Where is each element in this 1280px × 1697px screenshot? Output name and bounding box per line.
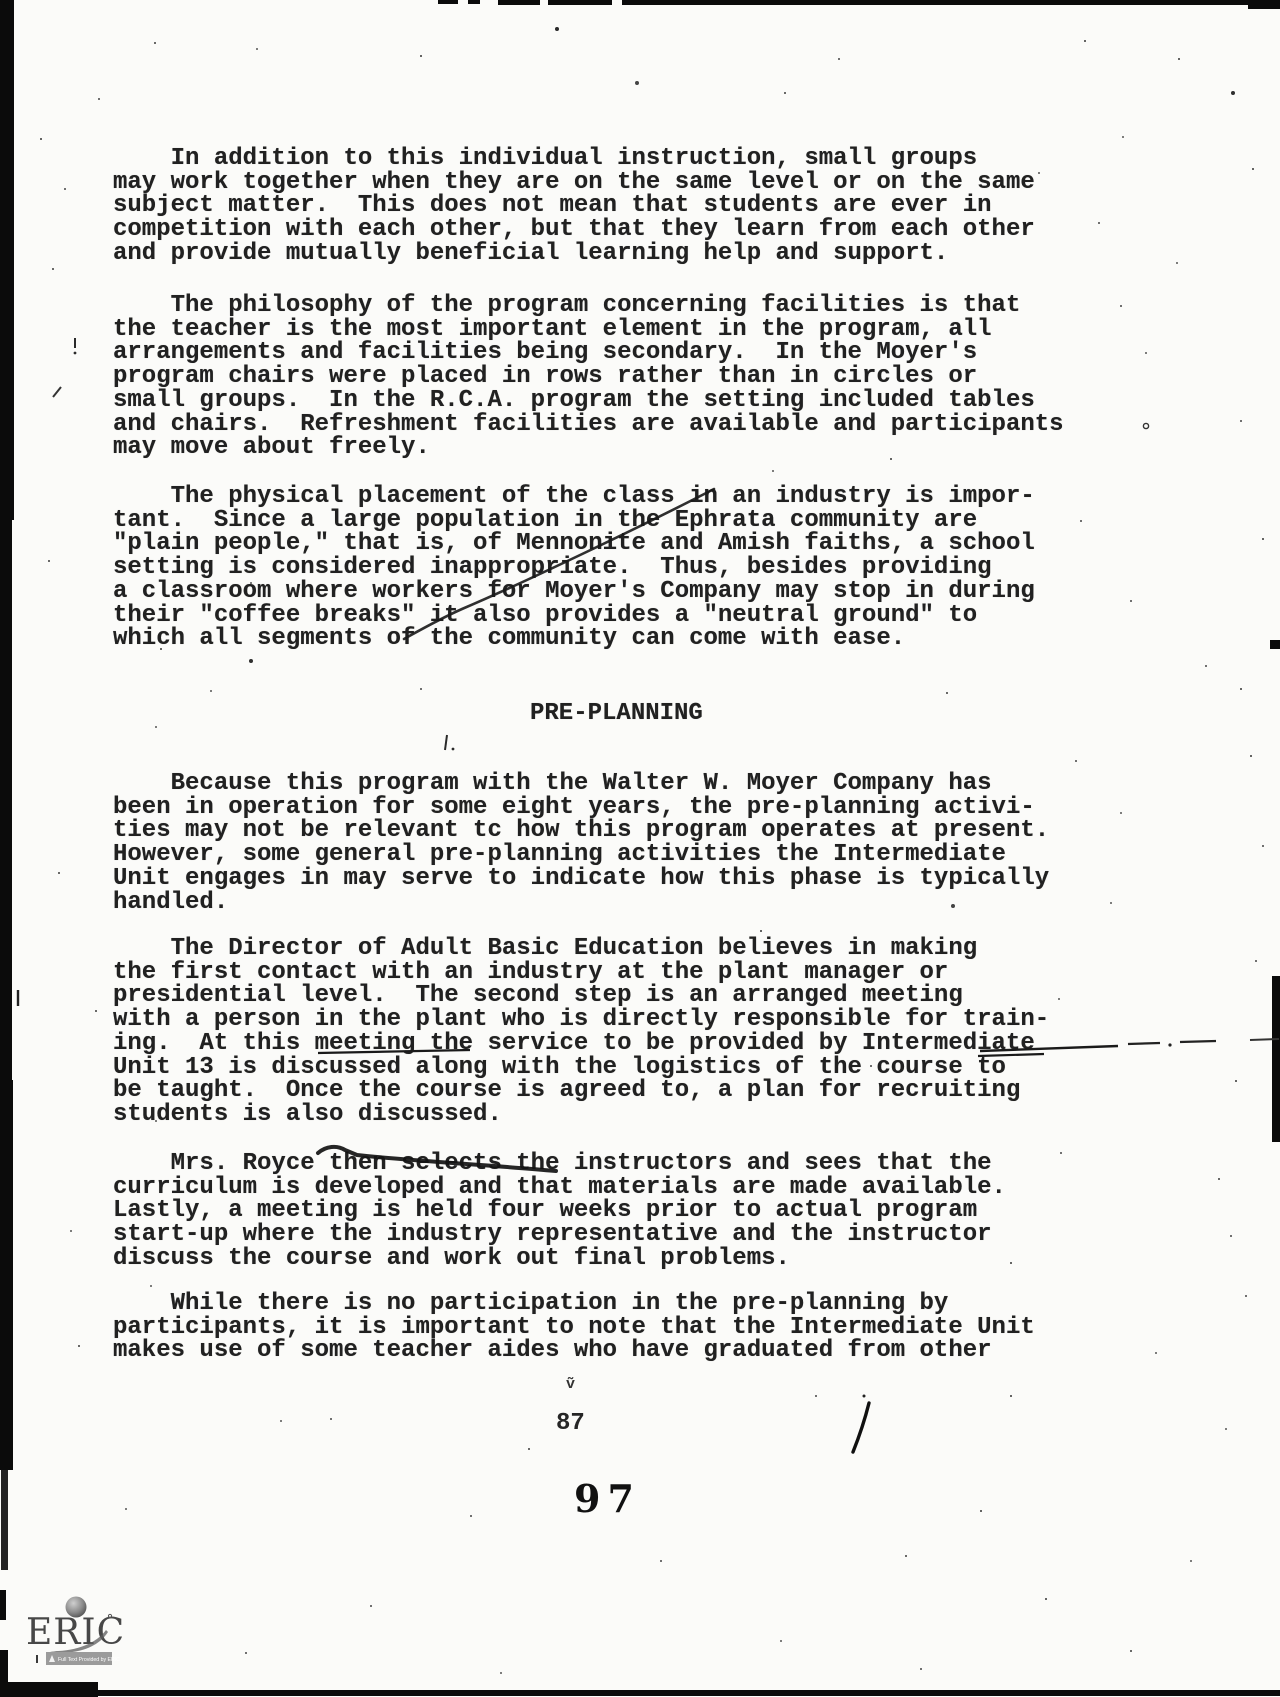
margin-dot-mark bbox=[452, 748, 455, 751]
scan-edge-left-bar bbox=[1, 1470, 8, 1570]
margin-dot-mark bbox=[74, 352, 77, 355]
body-paragraph-4: Because this program with the Walter W. … bbox=[113, 772, 1049, 914]
eric-logo: ERIC Full Text Provided by ERIC bbox=[22, 1592, 142, 1672]
margin-dash-mark bbox=[1128, 1043, 1160, 1044]
scanned-document-page: In addition to this individual instructi… bbox=[0, 0, 1280, 1697]
margin-tick-mark bbox=[445, 735, 447, 750]
scan-edge-top-dash bbox=[548, 0, 612, 5]
scan-edge-top-dash bbox=[468, 0, 480, 4]
body-paragraph-6: Mrs. Royce then selects the instructors … bbox=[113, 1152, 1006, 1271]
printed-page-number: 97 bbox=[574, 1476, 641, 1521]
scan-edge-bottom-line bbox=[50, 1690, 1280, 1696]
scan-edge-right-blob bbox=[1270, 640, 1280, 649]
margin-tick-mark bbox=[53, 387, 61, 397]
scan-edge-right-bar bbox=[1272, 976, 1280, 1142]
scan-edge-corner-blob bbox=[1248, 0, 1280, 9]
eric-logo-ink-mark bbox=[36, 1655, 38, 1663]
scan-edge-left-blob bbox=[0, 1590, 6, 1620]
scan-edge-left-bar bbox=[0, 1080, 13, 1470]
section-heading: PRE-PLANNING bbox=[530, 700, 703, 727]
eric-logo-tagline: Full Text Provided by ERIC bbox=[58, 1657, 120, 1663]
body-paragraph-2: The philosophy of the program concerning… bbox=[113, 294, 1064, 460]
typed-page-number: 87 bbox=[556, 1410, 585, 1437]
margin-dot-mark bbox=[1168, 1043, 1171, 1046]
scan-edge-top-line bbox=[622, 0, 1280, 5]
body-paragraph-7: While there is no participation in the p… bbox=[113, 1292, 1035, 1363]
scan-edge-left-bar bbox=[0, 0, 14, 520]
margin-squiggle-mark bbox=[1143, 423, 1148, 428]
body-paragraph-3: The physical placement of the class in a… bbox=[113, 485, 1035, 651]
margin-dash-mark bbox=[1180, 1041, 1216, 1042]
handwritten-slash-mark bbox=[853, 1403, 869, 1452]
eric-logo-wordmark: ERIC bbox=[26, 1612, 125, 1653]
stray-typed-character: ṽ bbox=[566, 1376, 575, 1393]
body-paragraph-1: In addition to this individual instructi… bbox=[113, 147, 1035, 266]
scan-edge-left-bar bbox=[0, 520, 12, 1080]
ink-dot-mark bbox=[863, 1395, 866, 1398]
scan-edge-top-dash bbox=[438, 0, 458, 4]
scan-edge-top-dash bbox=[498, 0, 540, 5]
body-paragraph-5: The Director of Adult Basic Education be… bbox=[113, 937, 1049, 1127]
